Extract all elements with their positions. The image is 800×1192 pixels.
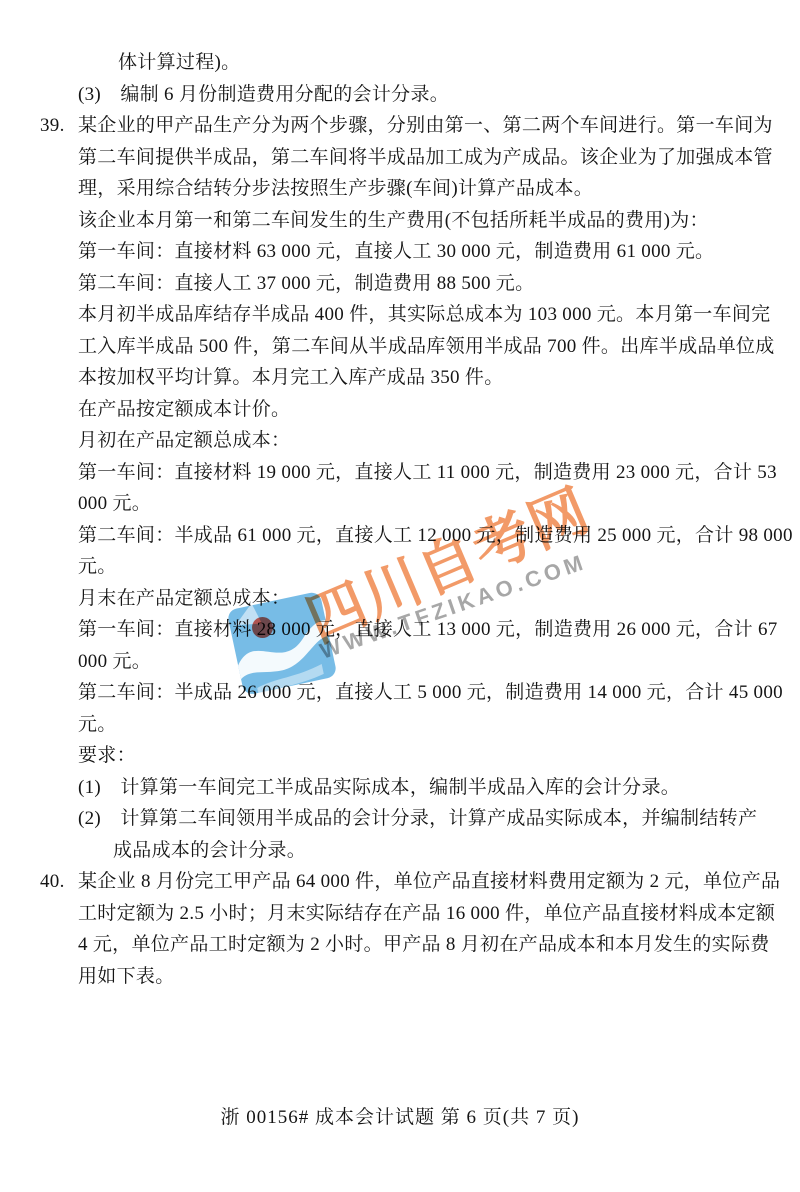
item-number: 40. [40,866,65,898]
line-text: 第一车间：直接材料 19 000 元，直接人工 11 000 元，制造费用 23… [78,462,777,483]
text-line: (3) 编制 6 月份制造费用分配的会计分录。 [78,79,780,111]
text-line: 第一车间：直接材料 63 000 元，直接人工 30 000 元，制造费用 61… [78,236,780,268]
line-text: 工入库半成品 500 件，第二车间从半成品库领用半成品 700 件。出库半成品单… [78,336,775,357]
line-text: 月初在产品定额总成本： [78,430,290,451]
text-line: 工时定额为 2.5 小时；月末实际结存在产品 16 000 件，单位产品直接材料… [78,898,780,930]
text-line: 第二车间：半成品 26 000 元，直接人工 5 000 元，制造费用 14 0… [78,677,780,709]
text-line: 本月初半成品库结存半成品 400 件，其实际总成本为 103 000 元。本月第… [78,299,780,331]
text-line: 40.某企业 8 月份完工甲产品 64 000 件，单位产品直接材料费用定额为 … [78,866,780,898]
line-text: 要求： [78,745,136,766]
text-line: (2) 计算第二车间领用半成品的会计分录，计算产成品实际成本，并编制结转产 [78,803,780,835]
text-line: 体计算过程)。 [118,47,780,79]
text-line: 元。 [78,551,780,583]
text-line: 本按加权平均计算。本月完工入库产成品 350 件。 [78,362,780,394]
text-line: 第二车间：半成品 61 000 元，直接人工 12 000 元，制造费用 25 … [78,520,780,552]
text-line: 第一车间：直接材料 28 000 元，直接人工 13 000 元，制造费用 26… [78,614,780,646]
line-text: 体计算过程)。 [118,52,240,73]
item-number: 39. [40,110,65,142]
line-text: 本月初半成品库结存半成品 400 件，其实际总成本为 103 000 元。本月第… [78,304,770,325]
text-line: (1) 计算第一车间完工半成品实际成本，编制半成品入库的会计分录。 [78,772,780,804]
line-text: 第一车间：直接材料 63 000 元，直接人工 30 000 元，制造费用 61… [78,241,714,262]
line-text: (1) 计算第一车间完工半成品实际成本，编制半成品入库的会计分录。 [78,777,680,798]
exam-page: { "page": { "background": "#ffffff", "te… [0,0,800,1192]
line-text: 元。 [78,556,117,577]
line-text: 某企业 8 月份完工甲产品 64 000 件，单位产品直接材料费用定额为 2 元… [78,871,780,892]
text-line: 用如下表。 [78,961,780,993]
line-text: (3) 编制 6 月份制造费用分配的会计分录。 [78,84,449,105]
line-text: 用如下表。 [78,966,175,987]
text-line: 第二车间提供半成品，第二车间将半成品加工成为产成品。该企业为了加强成本管 [78,142,780,174]
text-line: 4 元，单位产品工时定额为 2 小时。甲产品 8 月初在产品成本和本月发生的实际… [78,929,780,961]
text-line: 要求： [78,740,780,772]
text-line: 工入库半成品 500 件，第二车间从半成品库领用半成品 700 件。出库半成品单… [78,331,780,363]
text-line: 39.某企业的甲产品生产分为两个步骤，分别由第一、第二两个车间进行。第一车间为 [78,110,780,142]
line-text: 工时定额为 2.5 小时；月末实际结存在产品 16 000 件，单位产品直接材料… [78,903,775,924]
text-line: 月初在产品定额总成本： [78,425,780,457]
line-text: 第二车间：直接人工 37 000 元，制造费用 88 500 元。 [78,273,534,294]
page-footer: 浙 00156# 成本会计试题 第 6 页(共 7 页) [0,1102,800,1129]
text-line: 第二车间：直接人工 37 000 元，制造费用 88 500 元。 [78,268,780,300]
line-text: 第二车间提供半成品，第二车间将半成品加工成为产成品。该企业为了加强成本管 [78,147,773,168]
line-text: 4 元，单位产品工时定额为 2 小时。甲产品 8 月初在产品成本和本月发生的实际… [78,934,770,955]
text-line: 第一车间：直接材料 19 000 元，直接人工 11 000 元，制造费用 23… [78,457,780,489]
line-text: 成品成本的会计分录。 [113,840,306,861]
line-text: 000 元。 [78,651,151,672]
line-text: 第二车间：半成品 26 000 元，直接人工 5 000 元，制造费用 14 0… [78,682,783,703]
text-line: 理，采用综合结转分步法按照生产步骤(车间)计算产品成本。 [78,173,780,205]
text-line: 在产品按定额成本计价。 [78,394,780,426]
text-line: 该企业本月第一和第二车间发生的生产费用(不包括所耗半成品的费用)为： [78,205,780,237]
line-text: 在产品按定额成本计价。 [78,399,290,420]
line-text: 某企业的甲产品生产分为两个步骤，分别由第一、第二两个车间进行。第一车间为 [78,115,773,136]
line-text: 第二车间：半成品 61 000 元，直接人工 12 000 元，制造费用 25 … [78,525,793,546]
line-text: 元。 [78,714,117,735]
text-line: 成品成本的会计分录。 [113,835,780,867]
line-text: (2) 计算第二车间领用半成品的会计分录，计算产成品实际成本，并编制结转产 [78,808,757,829]
line-text: 理，采用综合结转分步法按照生产步骤(车间)计算产品成本。 [78,178,593,199]
line-text: 000 元。 [78,493,151,514]
line-text: 该企业本月第一和第二车间发生的生产费用(不包括所耗半成品的费用)为： [78,210,709,231]
document-lines: 体计算过程)。(3) 编制 6 月份制造费用分配的会计分录。39.某企业的甲产品… [0,47,780,992]
line-text: 本按加权平均计算。本月完工入库产成品 350 件。 [78,367,504,388]
line-text: 月末在产品定额总成本： [78,588,290,609]
text-line: 000 元。 [78,646,780,678]
text-line: 月末在产品定额总成本： [78,583,780,615]
text-line: 元。 [78,709,780,741]
line-text: 第一车间：直接材料 28 000 元，直接人工 13 000 元，制造费用 26… [78,619,778,640]
text-line: 000 元。 [78,488,780,520]
